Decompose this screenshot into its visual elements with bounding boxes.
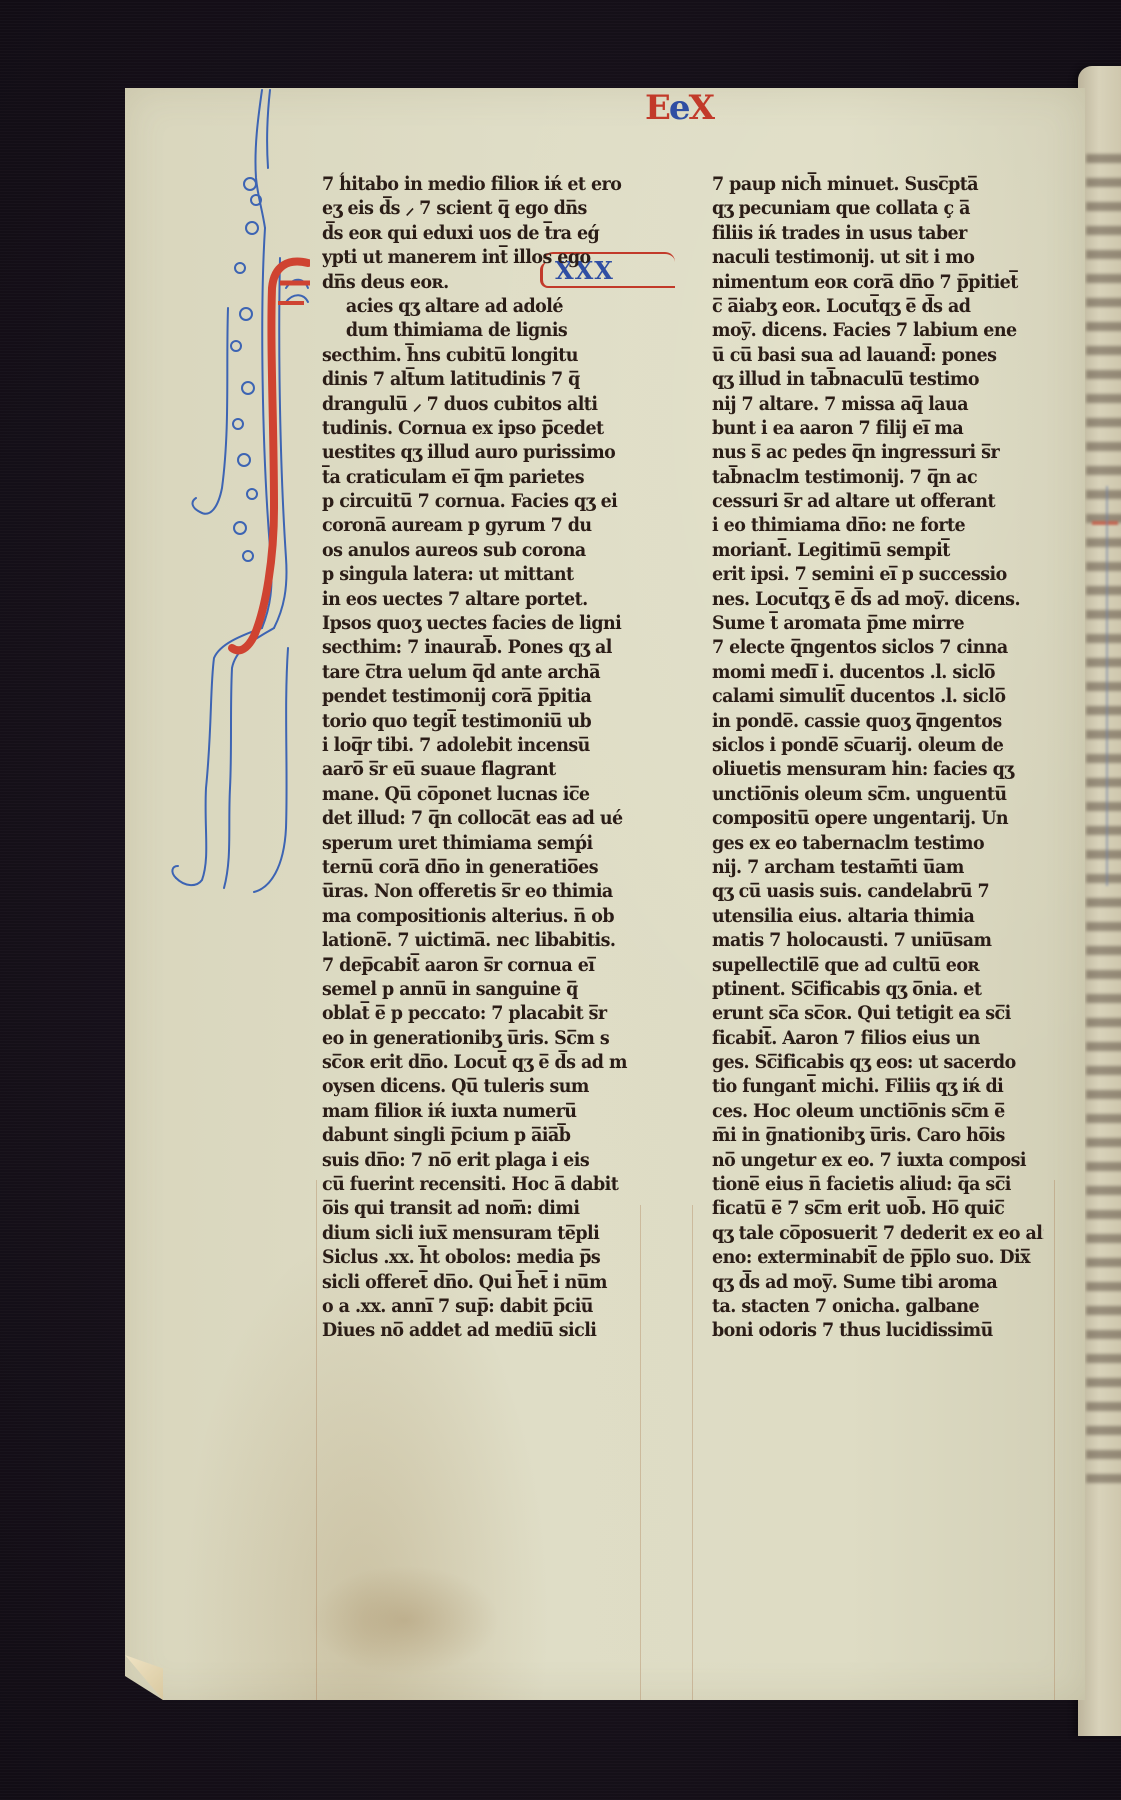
text-line: unctio̅nis oleum sc̅m. unguentu̅ [712, 782, 1043, 806]
text-line: pendet testimonij cora̅ p̅pitia [322, 684, 639, 708]
text-line: det illud: 7 q̅n colloca̅t eas ad ué [322, 806, 639, 830]
text-line: boni odoris 7 thus lucidissimu̅ [712, 1318, 1043, 1342]
text-line: dabunt singli p̅cium p a̅ia̅b̅ [322, 1123, 639, 1147]
text-line: ficabit̅. Aaron 7 filios eius un [712, 1026, 1043, 1050]
text-line: nimentum eoʀ cora̅ dn̅o 7 p̅pitiet̅ [712, 270, 1043, 294]
text-line: mane. Qu̅ co̅ponet lucnas ic̅e [322, 782, 639, 806]
running-header-letter-1: E [645, 88, 669, 128]
text-line: nus s̅ ac pedes q̅n ingressuri s̅r [712, 440, 1043, 464]
text-line: uestites qʒ illud auro purissimo [322, 440, 639, 464]
text-line: ges. Sc̅ificabis qʒ eos: ut sacerdo [712, 1050, 1043, 1074]
text-line: eʒ eis d̅s ⸝ 7 scient q̅ ego dn̅s [322, 196, 639, 220]
text-line: moy̅. dicens. Facies 7 labium ene [712, 318, 1043, 342]
text-line: naculi testimonij. ut sit i mo [712, 245, 1043, 269]
text-line: in ponde̅. cassie quoʒ q̅ngentos [712, 709, 1043, 733]
text-line: secthim. h̅ns cubitu̅ longitu [322, 343, 639, 367]
text-line: eno: exterminabit̅ de p̅p̅lo suo. Dix̅ [712, 1245, 1043, 1269]
text-line: sicli offeret̅ dn̅o. Qui h̅et̅ i nu̅m [322, 1270, 639, 1294]
text-line: oysen dicens. Qu̅ tuleris sum [322, 1074, 639, 1098]
text-line: nij 7 altare. 7 missa aq̅ laua [712, 392, 1043, 416]
text-line: 7 electe q̅ngentos siclos 7 cinna [712, 635, 1043, 659]
text-line: ypti ut manerem int̅ illos ego [322, 245, 639, 269]
text-line: i eo thimiama dn̅o: ne forte [712, 513, 1043, 537]
text-line: suis dn̅o: 7 no̅ erit plaga i eis [322, 1148, 639, 1172]
text-line: oliuetis mensuram hin: facies qʒ [712, 757, 1043, 781]
text-line: tab̅naclm testimonij. 7 q̅n ac [712, 465, 1043, 489]
text-line: latione̅. 7 uictima̅. nec libabitis. [322, 928, 639, 952]
text-line: moriant̅. Legitimu̅ sempit̅ [712, 538, 1043, 562]
water-stain [310, 1565, 500, 1675]
text-line: torio quo tegit̅ testimoniu̅ ub [322, 709, 639, 733]
text-line: 7 dep̅cabit̅ aaron s̅r cornua ei̅ [322, 953, 639, 977]
text-line: eo in generationibʒ u̅ris. Sc̅m s [322, 1026, 639, 1050]
text-line: ptinent. Sc̅ificabis qʒ o̅nia. et [712, 977, 1043, 1001]
text-line: semel p annu̅ in sanguine q̅ [322, 977, 639, 1001]
adjacent-leaf-ruling [1106, 486, 1108, 886]
running-header: EeX [645, 88, 735, 128]
ruling-line-left-outer [316, 1180, 317, 1700]
text-line: qʒ tale co̅posuerit 7 dederit ex eo ali [712, 1221, 1043, 1245]
text-line: c̅ a̅iabʒ eoʀ. Locut̅qʒ e̅ d̅s ad [712, 294, 1043, 318]
text-line: acies qʒ altare ad adolé [322, 294, 639, 318]
text-line: u̅ cu̅ basi sua ad lauand̅: pones [712, 343, 1043, 367]
text-line: nes. Locut̅qʒ e̅ d̅s ad moy̅. dicens. [712, 587, 1043, 611]
text-line: momi medi̅ i. ducentos .l. siclo̅ [712, 660, 1043, 684]
text-line: d̅s eoʀ qui eduxi uos de t̅ra eǵ [322, 221, 639, 245]
text-line: qʒ d̅s ad moy̅. Sume tibi aroma [712, 1270, 1043, 1294]
text-line: Diues no̅ addet ad mediu̅ sicli [322, 1318, 639, 1342]
text-line: calami simulit̅ ducentos .l. siclo̅ [712, 684, 1043, 708]
text-line: mam filioʀ iʀ́ iuxta numeru̅ [322, 1099, 639, 1123]
text-line: secthim: 7 inaurab̅. Pones qʒ al [322, 635, 639, 659]
text-line: tio fungant̅ michi. Filiis qʒ iʀ́ di [712, 1074, 1043, 1098]
text-line: nij. 7 archam testam̅ti u̅am [712, 855, 1043, 879]
text-line: corona̅ auream p gyrum 7 du [322, 513, 639, 537]
text-line: cu̅ fuerint recensiti. Hoc a̅ dabit [322, 1172, 639, 1196]
text-line: p circuitu̅ 7 cornua. Facies qʒ ei [322, 489, 639, 513]
text-line: 7 h́itabo in medio filioʀ iʀ́ et ero [322, 172, 639, 196]
text-line: t̅a craticulam ei̅ q̅m parietes [322, 465, 639, 489]
text-line: dinis 7 alt̅um latitudinis 7 q̅ [322, 367, 639, 391]
text-line: no̅ ungetur ex eo. 7 iuxta composi [712, 1148, 1043, 1172]
text-line: in eos uectes 7 altare portet. [322, 587, 639, 611]
text-line: oblat̅ e̅ p peccato: 7 placabit s̅r [322, 1001, 639, 1025]
text-line: ternu̅ cora̅ dn̅o in generatio̅es [322, 855, 639, 879]
text-line: qʒ cu̅ uasis suis. candelabru̅ 7 [712, 879, 1043, 903]
text-line: sperum uret thimiama semṕi [322, 831, 639, 855]
text-line: erit ipsi. 7 semini ei̅ p successio [712, 562, 1043, 586]
ruling-line-right-inner [692, 1205, 693, 1700]
manuscript-scene: EeX [0, 0, 1121, 1800]
text-line: ces. Hoc oleum unctio̅nis sc̅m e̅ [712, 1099, 1043, 1123]
text-line: compositu̅ opere ungentarij. Un [712, 806, 1043, 830]
text-line: ges ex eo tabernaclm testimo [712, 831, 1043, 855]
text-line: tare c̅tra uelum q̅d ante archa̅ [322, 660, 639, 684]
text-line: erunt sc̅a sc̅oʀ. Qui tetigit ea sc̅i [712, 1001, 1043, 1025]
text-line: i loq̅r tibi. 7 adolebit incensu̅ [322, 733, 639, 757]
text-line: Siclus .xx. h̅t obolos: media p̅s [322, 1245, 639, 1269]
text-line: sc̅oʀ erit dn̅o. Locut̅ qʒ e̅ d̅s ad m [322, 1050, 639, 1074]
text-line: ma compositionis alterius. n̅ ob [322, 904, 639, 928]
text-line: qʒ pecuniam que collata ç a̅ [712, 196, 1043, 220]
text-column-right: 7 paup nich̅ minuet. Susc̅pta̅ qʒ pecuni… [712, 172, 1072, 1343]
text-line: siclos i ponde̅ sc̅uarij. oleum de [712, 733, 1043, 757]
text-line: bunt i ea aaron 7 filij ei̅ ma [712, 416, 1043, 440]
text-line: tione̅ eius n̅ facietis aliud: q̅a sc̅i [712, 1172, 1043, 1196]
running-header-letter-2: e [669, 88, 689, 128]
text-line: cessuri s̅r ad altare ut offerant [712, 489, 1043, 513]
text-line: dn̅s deus eoʀ. [322, 270, 639, 294]
text-line: 7 paup nich̅ minuet. Susc̅pta̅ [712, 172, 1043, 196]
text-line: dum thimiama de lignis [322, 318, 639, 342]
text-line: u̅ras. Non offeretis s̅r eo thimia [322, 879, 639, 903]
text-line: matis 7 holocausti. 7 uniu̅sam [712, 928, 1043, 952]
text-line: ta. stacten 7 onicha. galbane [712, 1294, 1043, 1318]
text-line: Ipsos quoʒ uectes facies de ligni [322, 611, 639, 635]
text-line: qʒ illud in tab̅naculu̅ testimo [712, 367, 1043, 391]
text-line: dium sicli iux̅ mensuram te̅pli [322, 1221, 639, 1245]
text-line: os anulos aureos sub corona [322, 538, 639, 562]
running-header-letter-3: X [689, 88, 713, 128]
text-line: ficatu̅ e̅ 7 sc̅m erit uob̅. Ho̅ quic̅ [712, 1196, 1043, 1220]
text-line: utensilia eius. altaria thimia [712, 904, 1043, 928]
text-line: o̅is qui transit ad nom̅: dimi [322, 1196, 639, 1220]
text-line: supellectile̅ que ad cultu̅ eoʀ [712, 953, 1043, 977]
adjacent-leaf-text-bleed [1086, 154, 1121, 1484]
text-line: Sume t̅ aromata p̅me mirre [712, 611, 1043, 635]
text-line: o a .xx. anni̅ 7 sup̅: dabit p̅ciu̅ [322, 1294, 639, 1318]
illuminated-initial-f-icon [170, 88, 310, 908]
text-line: drangulu̅ ⸝ 7 duos cubitos alti [322, 392, 639, 416]
text-line: p singula latera: ut mittant [322, 562, 639, 586]
text-column-left: 7 h́itabo in medio filioʀ iʀ́ et ero eʒ … [322, 172, 667, 1343]
text-line: m̅i in g̅nationibʒ u̅ris. Caro ho̅is [712, 1123, 1043, 1147]
adjacent-leaf-rubric [1092, 521, 1118, 525]
text-line: tudinis. Cornua ex ipso p̅cedet [322, 416, 639, 440]
text-line: filiis iʀ́ trades in usus taber [712, 221, 1043, 245]
text-line: aaro̅ s̅r eu̅ suaue flagrant [322, 757, 639, 781]
